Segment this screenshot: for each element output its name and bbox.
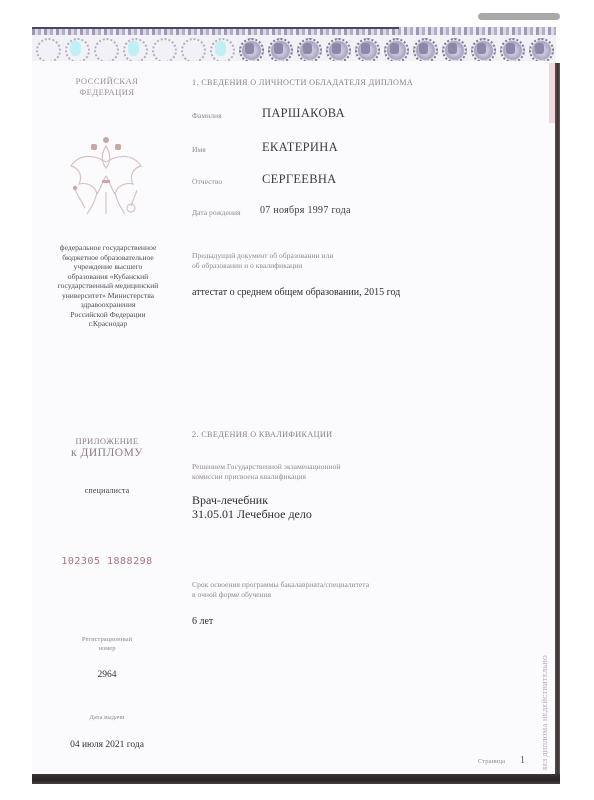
guilloche-ornament xyxy=(467,36,496,61)
appendix-title: Приложение xyxy=(32,436,182,447)
guilloche-ornament xyxy=(554,36,556,61)
previous-document-label: Предыдущий документ об образовании или о… xyxy=(192,251,432,271)
surname-value: ПАРШАКОВА xyxy=(262,106,345,121)
guilloche-ornament xyxy=(380,36,409,61)
guilloche-ornament xyxy=(61,36,90,61)
guilloche-ornament xyxy=(90,36,119,61)
registration-number-label: Регистрационный номер xyxy=(32,635,182,653)
issue-date-label: Дата выдачи xyxy=(32,714,182,721)
institution-line: Российской Федерации xyxy=(36,310,180,320)
guilloche-ornament xyxy=(148,36,177,61)
name-label: Имя xyxy=(192,145,206,154)
birth-date-value: 07 ноября 1997 года xyxy=(260,205,351,216)
guilloche-ornament xyxy=(264,36,293,61)
registration-number: 2964 xyxy=(32,670,182,680)
patronymic-label: Отчество xyxy=(192,177,222,186)
country-line: Федерация xyxy=(32,87,182,98)
institution-line: здравоохранения xyxy=(36,300,180,310)
label-line: Предыдущий документ об образовании или xyxy=(192,251,432,261)
institution-line: университет» Министерства xyxy=(36,291,180,301)
section-qualification-title: 2. Сведения о квалификации xyxy=(192,430,332,439)
issue-date: 04 июля 2021 года xyxy=(32,740,182,750)
guilloche-ornament xyxy=(322,36,351,61)
institution-line: федеральное государственное xyxy=(36,243,180,253)
country-line: Российская xyxy=(32,76,182,87)
specialty-value: 31.05.01 Лечебное дело xyxy=(192,507,312,521)
guilloche-ornament xyxy=(177,36,206,61)
label-line: комиссии присвоена квалификация xyxy=(192,472,432,482)
institution-line: государственный медицинский xyxy=(36,281,180,291)
validity-note: Без диплома недействительно xyxy=(542,655,549,770)
guilloche-ornament xyxy=(32,36,61,61)
birth-date-label: Дата рождения xyxy=(192,208,241,217)
institution-line: бюджетное образовательное xyxy=(36,253,180,263)
security-guilloche-band xyxy=(32,27,556,61)
page-shadow-bottom xyxy=(32,774,560,784)
study-duration-value: 6 лет xyxy=(192,616,213,627)
label-line: об образовании и о квалификации xyxy=(192,261,432,271)
appendix-subtitle: к ДИПЛОМУ xyxy=(32,447,182,459)
institution-line: образования «Кубанский xyxy=(36,272,180,282)
label-line: Решением Государственной экзаменационной xyxy=(192,462,432,472)
guilloche-ornament xyxy=(351,36,380,61)
serial-number: 102305 1888298 xyxy=(32,556,182,567)
guilloche-ornament xyxy=(525,36,554,61)
patronymic-value: СЕРГЕЕВНА xyxy=(262,172,337,187)
label-line: в очной форме обучения xyxy=(192,590,432,600)
page-label: Страница xyxy=(478,758,505,765)
section-personal-title: 1. Сведения о личности обладателя диплом… xyxy=(192,78,413,87)
country-heading: Российская Федерация xyxy=(32,76,182,98)
institution-line: учреждение высшего xyxy=(36,262,180,272)
institution-line: г.Краснодар xyxy=(36,319,180,329)
label-line: номер xyxy=(32,644,182,653)
guilloche-ornament xyxy=(438,36,467,61)
previous-document-value: аттестат о среднем общем образовании, 20… xyxy=(192,287,400,298)
qualification-value: Врач-лечебник xyxy=(192,493,268,507)
guilloche-ornament xyxy=(119,36,148,61)
label-line: Срок освоения программы бакалавриата/спе… xyxy=(192,580,432,590)
guilloche-ornament xyxy=(206,36,235,61)
name-value: ЕКАТЕРИНА xyxy=(262,140,338,155)
page-number: 1 xyxy=(520,755,525,766)
surname-label: Фамилия xyxy=(192,111,222,120)
guilloche-ornament xyxy=(235,36,264,61)
guilloche-ornament xyxy=(293,36,322,61)
degree-level: специалиста xyxy=(32,486,182,495)
coat-of-arms-icon xyxy=(65,132,147,218)
issuing-institution: федеральное государственное бюджетное об… xyxy=(36,243,180,329)
study-duration-label: Срок освоения программы бакалавриата/спе… xyxy=(192,580,432,600)
label-line: Регистрационный xyxy=(32,635,182,644)
guilloche-ornament xyxy=(409,36,438,61)
horizontal-scrollbar[interactable] xyxy=(478,13,560,20)
page-shadow-right xyxy=(555,63,560,783)
commission-decision-label: Решением Государственной экзаменационной… xyxy=(192,462,432,482)
guilloche-ornament xyxy=(496,36,525,61)
